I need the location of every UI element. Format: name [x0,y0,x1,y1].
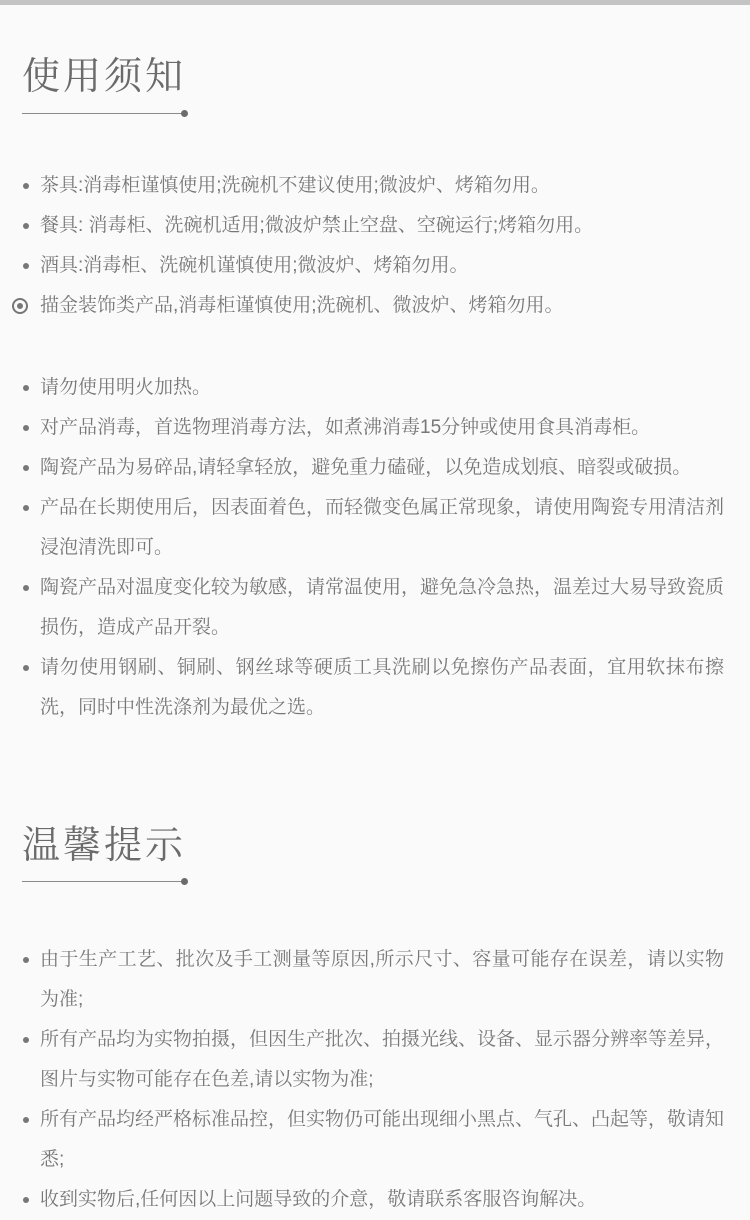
bullet-dot-icon [23,505,29,511]
bullet-dot-icon [23,263,29,269]
bullet-dot-icon [23,425,29,431]
item-text: 请勿使用钢刷、铜刷、钢丝球等硬质工具洗刷以免擦伤产品表面，宜用软抹布擦洗，同时中… [40,657,724,718]
usage-notice-title-underline [22,113,182,114]
list-item: 所有产品均经严格标准品控，但实物仍可能出现细小黑点、气孔、凸起等，敬请知悉; [0,1100,724,1180]
tips-list: 由于生产工艺、批次及手工测量等原因,所示尺寸、容量可能存在误差，请以实物为准; … [0,940,750,1220]
bullet-dot-icon [23,1117,29,1123]
care-item-list: 茶具:消毒柜谨慎使用;洗碗机不建议使用;微波炉、烤箱勿用。 餐具: 消毒柜、洗碗… [0,166,750,326]
item-text: 由于生产工艺、批次及手工测量等原因,所示尺寸、容量可能存在误差，请以实物为准; [40,949,724,1010]
bullet-dot-icon [23,957,29,963]
list-item: 请勿使用钢刷、铜刷、钢丝球等硬质工具洗刷以免擦伤产品表面，宜用软抹布擦洗，同时中… [0,648,724,728]
list-item: 对产品消毒，首选物理消毒方法，如煮沸消毒15分钟或使用食具消毒柜。 [0,408,724,448]
item-text: 陶瓷产品为易碎品,请轻拿轻放，避免重力磕碰，以免造成划痕、暗裂或破损。 [40,457,691,478]
list-item: 请勿使用明火加热。 [0,368,724,408]
bullet-dot-icon [23,585,29,591]
bullet-dot-icon [23,223,29,229]
group-spacer [0,326,750,368]
list-item: 描金装饰类产品,消毒柜谨慎使用;洗碗机、微波炉、烤箱勿用。 [0,286,724,326]
item-text: 餐具: 消毒柜、洗碗机适用;微波炉禁止空盘、空碗运行;烤箱勿用。 [40,215,593,236]
list-item: 茶具:消毒柜谨慎使用;洗碗机不建议使用;微波炉、烤箱勿用。 [0,166,724,206]
item-text: 陶瓷产品对温度变化较为敏感，请常温使用，避免急冷急热，温差过大易导致瓷质损伤，造… [40,577,724,638]
section-gap [0,728,750,774]
item-text: 所有产品均为实物拍摄，但因生产批次、拍摄光线、设备、显示器分辨率等差异，图片与实… [40,1029,724,1090]
list-item: 陶瓷产品为易碎品,请轻拿轻放，避免重力磕碰，以免造成划痕、暗裂或破损。 [0,448,724,488]
bullet-dot-icon [23,1037,29,1043]
product-care-notice-page: 使用须知 茶具:消毒柜谨慎使用;洗碗机不建议使用;微波炉、烤箱勿用。 餐具: 消… [0,0,750,1220]
bullet-dot-icon [23,465,29,471]
usage-notice-title: 使用须知 [22,55,750,101]
item-text: 描金装饰类产品,消毒柜谨慎使用;洗碗机、微波炉、烤箱勿用。 [40,295,564,316]
bullet-dot-icon [23,665,29,671]
item-text: 所有产品均经严格标准品控，但实物仍可能出现细小黑点、气孔、凸起等，敬请知悉; [40,1109,724,1170]
general-care-list: 请勿使用明火加热。 对产品消毒，首选物理消毒方法，如煮沸消毒15分钟或使用食具消… [0,368,750,728]
list-item: 餐具: 消毒柜、洗碗机适用;微波炉禁止空盘、空碗运行;烤箱勿用。 [0,206,724,246]
tips-title: 温馨提示 [22,824,750,870]
item-text: 请勿使用明火加热。 [40,377,211,398]
list-item: 由于生产工艺、批次及手工测量等原因,所示尺寸、容量可能存在误差，请以实物为准; [0,940,724,1020]
item-text: 对产品消毒，首选物理消毒方法，如煮沸消毒15分钟或使用食具消毒柜。 [40,417,650,438]
usage-notice-section: 使用须知 茶具:消毒柜谨慎使用;洗碗机不建议使用;微波炉、烤箱勿用。 餐具: 消… [0,55,750,728]
underline-end-dot-icon [181,878,188,885]
list-item: 陶瓷产品对温度变化较为敏感，请常温使用，避免急冷急热，温差过大易导致瓷质损伤，造… [0,568,724,648]
tips-title-underline [22,881,182,882]
list-item: 收到实物后,任何因以上问题导致的介意，敬请联系客服咨询解决。 [0,1180,724,1220]
underline-end-dot-icon [181,110,188,117]
item-text: 收到实物后,任何因以上问题导致的介意，敬请联系客服咨询解决。 [40,1189,596,1210]
bullet-dot-icon [23,1197,29,1203]
item-text: 茶具:消毒柜谨慎使用;洗碗机不建议使用;微波炉、烤箱勿用。 [40,175,550,196]
top-divider-bar [0,0,750,5]
list-item: 产品在长期使用后，因表面着色，而轻微变色属正常现象，请使用陶瓷专用清洁剂浸泡清洗… [0,488,724,568]
item-text: 产品在长期使用后，因表面着色，而轻微变色属正常现象，请使用陶瓷专用清洁剂浸泡清洗… [40,497,724,558]
bullet-circle-dot-icon [12,298,28,314]
bullet-dot-icon [23,385,29,391]
tips-section: 温馨提示 由于生产工艺、批次及手工测量等原因,所示尺寸、容量可能存在误差，请以实… [0,824,750,1220]
item-text: 酒具:消毒柜、洗碗机谨慎使用;微波炉、烤箱勿用。 [40,255,469,276]
list-item: 所有产品均为实物拍摄，但因生产批次、拍摄光线、设备、显示器分辨率等差异，图片与实… [0,1020,724,1100]
list-item: 酒具:消毒柜、洗碗机谨慎使用;微波炉、烤箱勿用。 [0,246,724,286]
bullet-dot-icon [23,183,29,189]
